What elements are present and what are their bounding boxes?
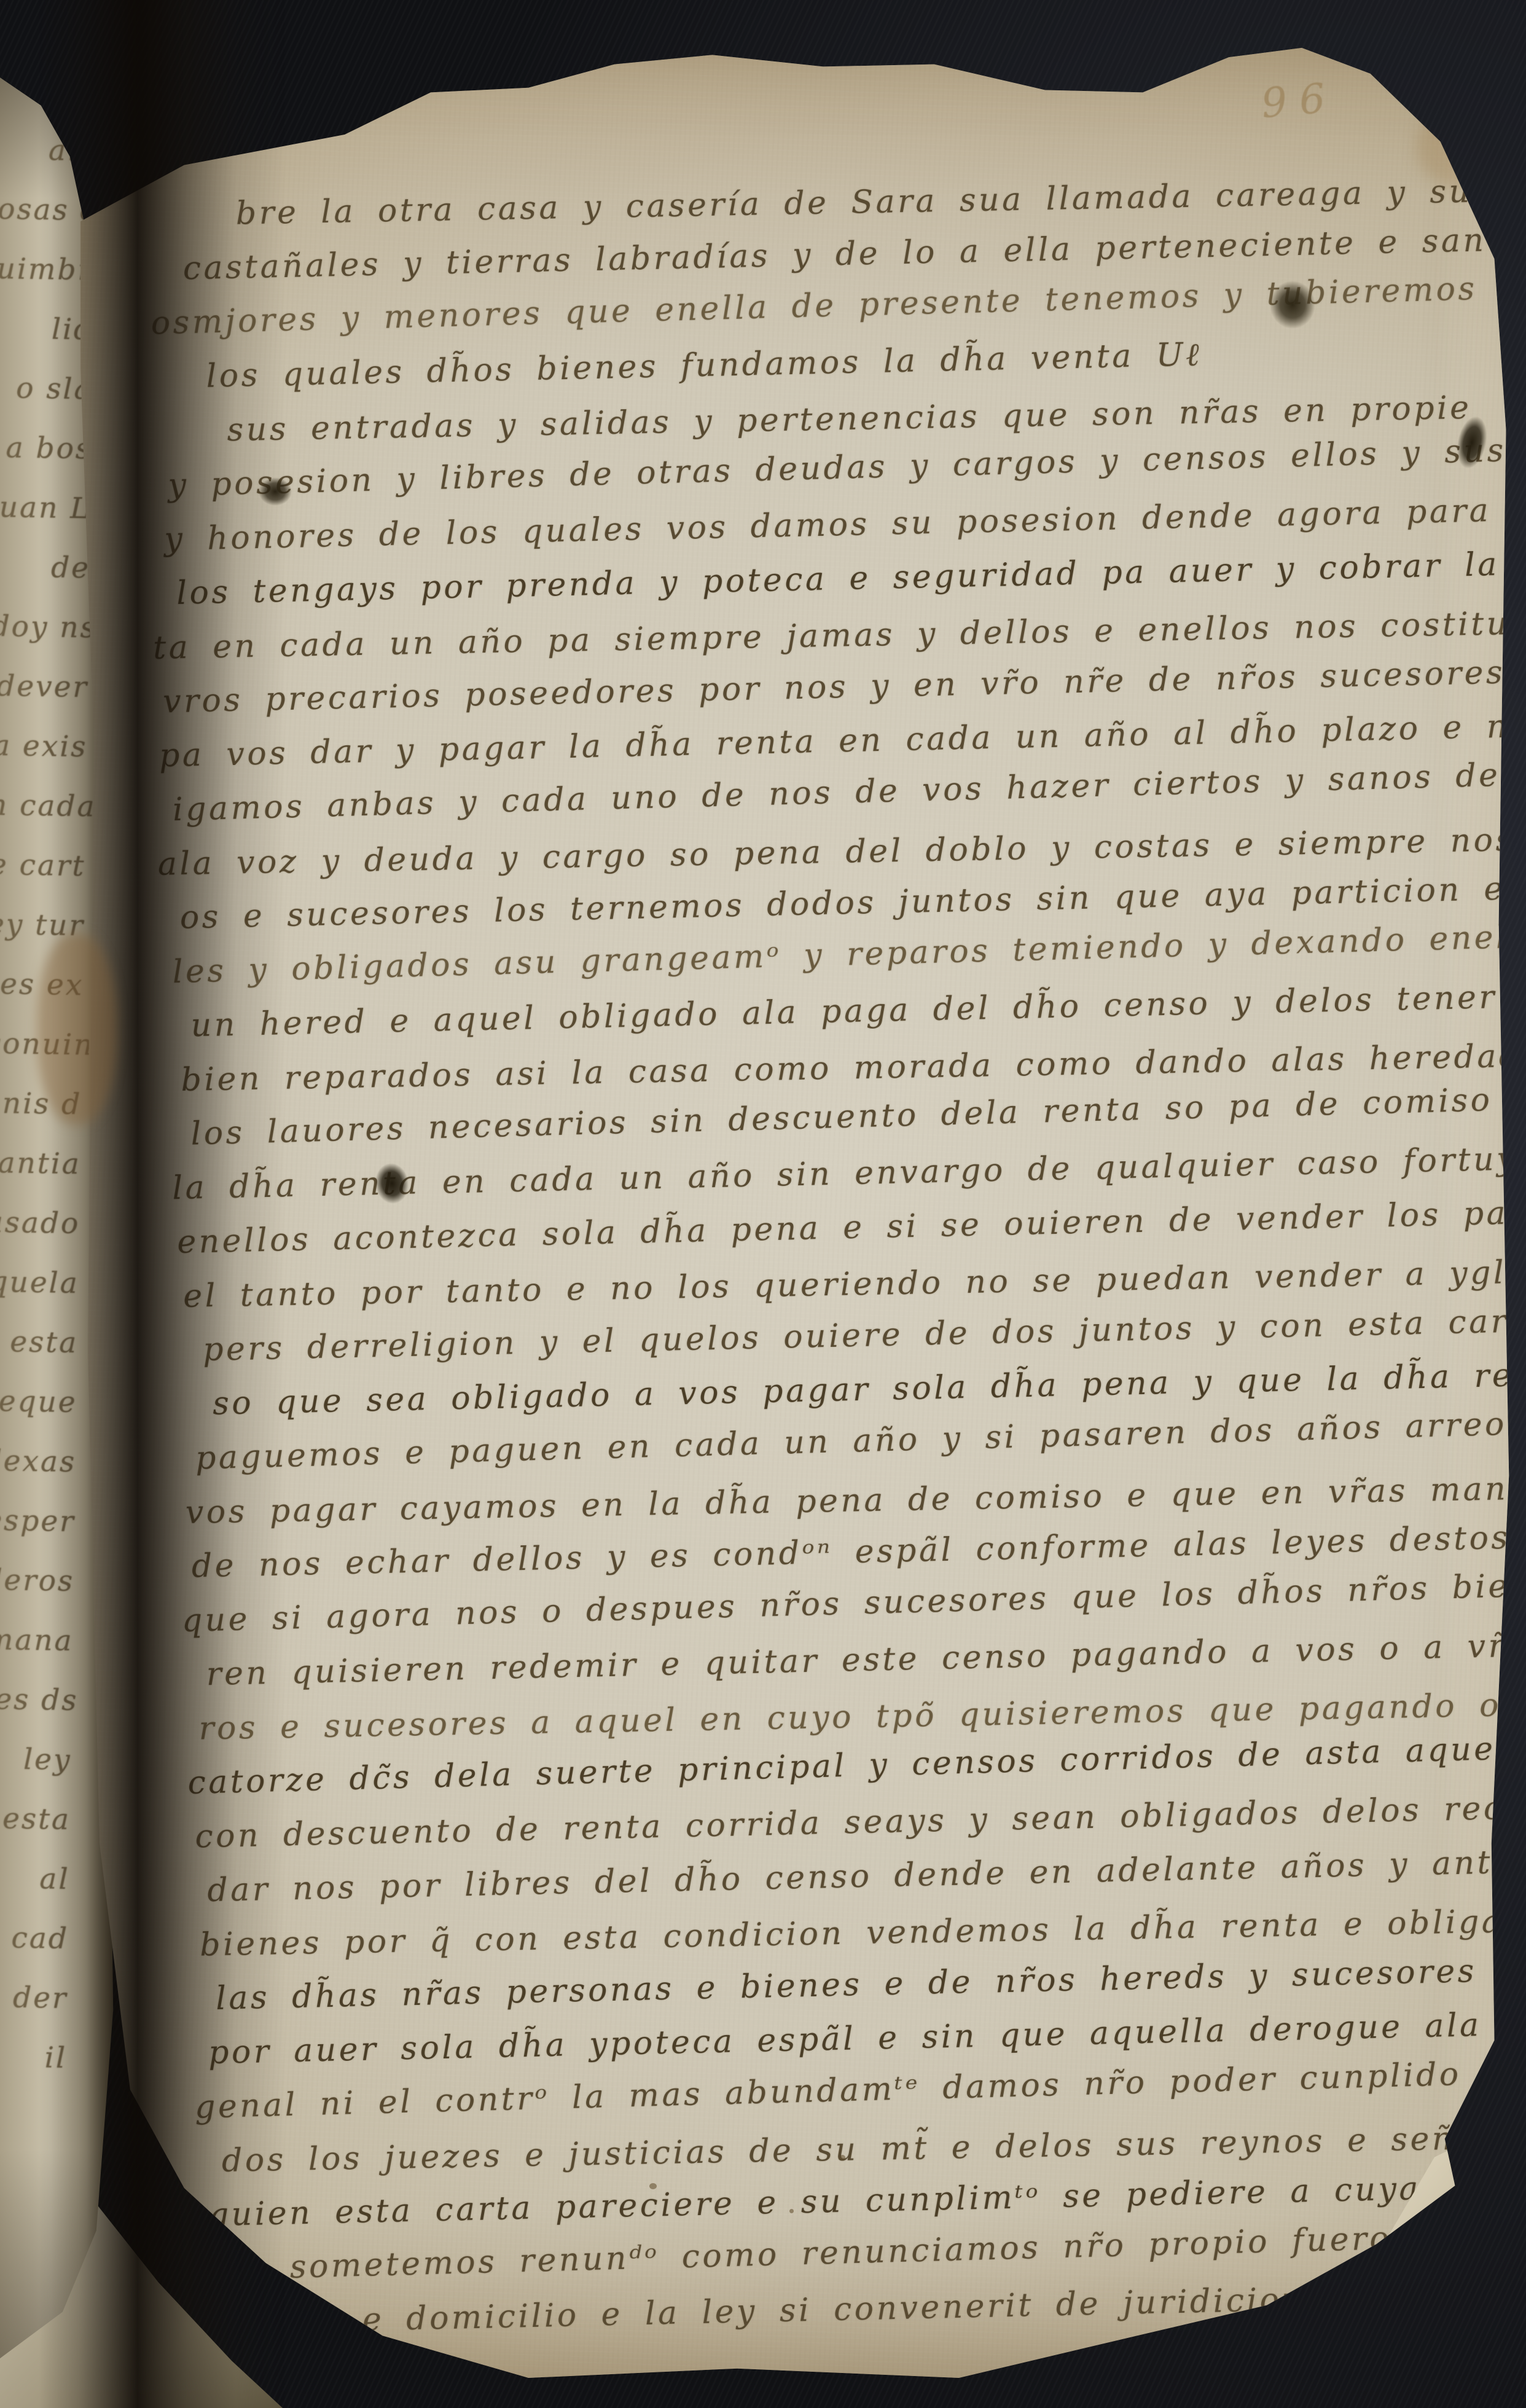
left-page-line-fragment: esta [0,1312,85,1373]
left-page-line-fragment: esper [0,1491,82,1552]
left-page-line-fragment: antia [0,1133,88,1194]
left-page-line-fragment: der [0,1967,74,2029]
manuscript-text-block: bre la otra casa y casería de Sara sua l… [143,159,1526,2351]
folio-page-number: 96 [1259,74,1339,128]
left-page-line-fragment: ley [0,1729,78,1790]
left-page-line-fragment: de [0,537,97,598]
left-page-line-fragment: am [0,120,103,181]
left-page-line-fragment: doy ns [0,597,96,658]
margin-stain [37,934,117,1124]
left-page-line-fragment: mana [0,1610,80,1671]
left-page-line-fragment: il [0,2027,74,2088]
left-page-line-fragment: dever [0,656,95,718]
left-page-line-fragment: asado [0,1193,87,1254]
left-page-line-fragment: n cada [0,775,93,837]
left-page-line-fragment: eque [0,1371,84,1433]
left-page-line-fragment: esta [0,1789,77,1850]
manuscript-photo: a co am osas di uimbre lid o sla a bos u… [0,0,1526,2408]
left-page-line-fragment: nes ds [0,1669,79,1731]
left-page-line-fragment: deros [0,1550,81,1612]
foxing-speck [789,2209,794,2213]
left-page-line-fragment: al [0,1848,76,1910]
ink-blot [259,477,292,506]
left-page-line-fragment: uan L [0,477,98,539]
left-page-line-fragment: dexas [0,1431,83,1492]
foxing-speck [649,2183,657,2189]
manuscript-page: 96 bre la otra casa y casería de Sara su… [65,34,1524,2378]
left-page-line-fragment: cad [0,1908,76,1969]
left-page-line-fragment: a co [0,60,104,122]
ink-blot [1270,281,1315,329]
left-page-line-fragment: quela [0,1252,86,1314]
left-page-line-fragment: e cart [0,835,92,896]
foxing-speck [840,2155,845,2160]
left-page-line-fragment: a exis [0,716,94,777]
